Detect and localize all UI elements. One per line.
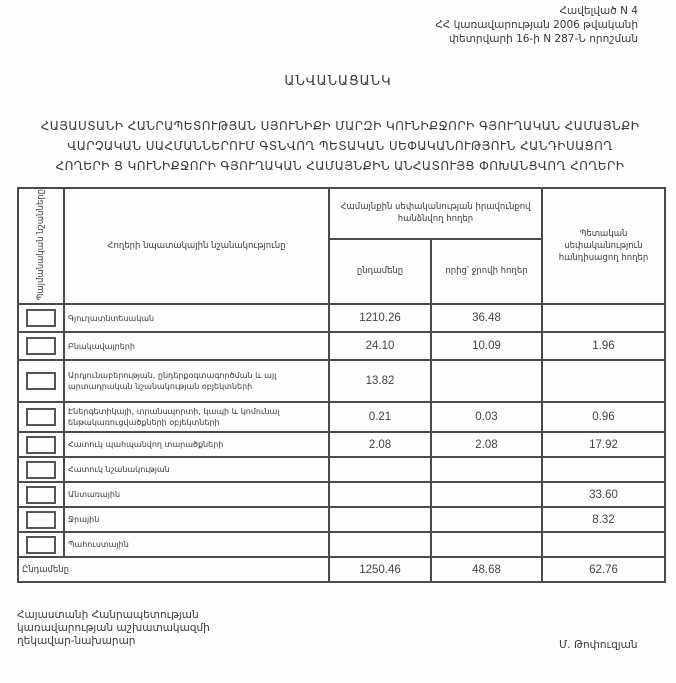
position-line: կառավարության աշխատակազմի: [17, 622, 210, 635]
table-row: Բնակավայրերի24.1010.091.96: [18, 332, 665, 360]
value-a1: [329, 482, 431, 507]
position-line: Հայաստանի Հանրապետության: [17, 609, 210, 622]
subtitle-line: ՎԱՐՉԱԿԱՆ ՍԱՀՄԱՆՆԵՐՈՒՄ ԳՏՆՎՈՂ ՊԵՏԱԿԱՆ ՍԵՓ…: [20, 136, 660, 156]
land-category: Հատուկ պահպանվող տարածքների: [64, 432, 329, 457]
land-table: Պայմանական նշանները Հողերի նպատակային նշ…: [17, 187, 666, 583]
table-row: Հատուկ պահպանվող տարածքների2.082.0817.92: [18, 432, 665, 457]
legend-box-icon: [26, 436, 56, 454]
table-row: Անտառային33.60: [18, 482, 665, 507]
header-code: Պայմանական նշանները: [18, 188, 64, 304]
header-name: Հողերի նպատակային նշանակությունը: [64, 188, 329, 304]
value-b: 17.92: [542, 432, 665, 457]
value-a2: 10.09: [431, 332, 542, 360]
value-a2: [431, 482, 542, 507]
land-category: Բնակավայրերի: [64, 332, 329, 360]
total-row: Ընդամենը 1250.46 48.68 62.76: [18, 557, 665, 582]
value-a2: [431, 507, 542, 532]
header-col-b: Պետական սեփականություն հանդիսացող հողեր: [542, 188, 665, 304]
value-a2: [431, 360, 542, 402]
annex-decision: ՀՀ կառավարության 2006 թվականի: [435, 18, 638, 32]
value-a2: 0.03: [431, 402, 542, 432]
legend-symbol: [18, 507, 64, 532]
table-row: Ջրային8.32: [18, 507, 665, 532]
total-b: 62.76: [542, 557, 665, 582]
total-label: Ընդամենը: [18, 557, 329, 582]
land-category: Ջրային: [64, 507, 329, 532]
legend-symbol: [18, 332, 64, 360]
value-a1: 0.21: [329, 402, 431, 432]
total-a1: 1250.46: [329, 557, 431, 582]
annex-number: Հավելված N 4: [435, 4, 638, 18]
value-a1: [329, 507, 431, 532]
legend-symbol: [18, 532, 64, 557]
value-b: 8.32: [542, 507, 665, 532]
land-category: Հատուկ նշանակության: [64, 457, 329, 482]
legend-symbol: [18, 402, 64, 432]
value-a1: 24.10: [329, 332, 431, 360]
value-a2: [431, 532, 542, 557]
table-row: Գյուղատնտեսական1210.2636.48: [18, 304, 665, 332]
legend-box-icon: [26, 372, 56, 390]
legend-box-icon: [26, 461, 56, 479]
table-row: Պահուստային: [18, 532, 665, 557]
table-row: Հատուկ նշանակության: [18, 457, 665, 482]
value-b: 1.96: [542, 332, 665, 360]
value-b: [542, 457, 665, 482]
legend-box-icon: [26, 309, 56, 327]
legend-box-icon: [26, 511, 56, 529]
land-category: Պահուստային: [64, 532, 329, 557]
value-a1: 2.08: [329, 432, 431, 457]
value-a1: [329, 457, 431, 482]
value-b: [542, 532, 665, 557]
legend-symbol: [18, 482, 64, 507]
header-col-a1: ընդամենը: [329, 239, 431, 305]
land-category: Էներգետիկայի, տրանսպորտի, կապի և կոմունա…: [64, 402, 329, 432]
subtitle-line: ՀՈՂԵՐԻ Ց ԿՈՒՆԻՔՋՈՐԻ ԳՅՈՒՂԱԿԱՆ ՀԱՄԱՅՆՔԻՆ …: [20, 156, 660, 176]
value-b: 0.96: [542, 402, 665, 432]
land-category: Արդյունաբերության, ընդերքօգտագործման և ա…: [64, 360, 329, 402]
header-group-a: Համայնքին սեփականության իրավունքով հանձն…: [329, 188, 542, 239]
value-a1: [329, 532, 431, 557]
value-a2: 2.08: [431, 432, 542, 457]
legend-symbol: [18, 457, 64, 482]
legend-symbol: [18, 360, 64, 402]
legend-box-icon: [26, 408, 56, 426]
value-a1: 1210.26: [329, 304, 431, 332]
value-b: [542, 360, 665, 402]
land-category: Գյուղատնտեսական: [64, 304, 329, 332]
table-row: Էներգետիկայի, տրանսպորտի, կապի և կոմունա…: [18, 402, 665, 432]
value-a2: [431, 457, 542, 482]
annex-reference: Հավելված N 4 ՀՀ կառավարության 2006 թվակա…: [435, 4, 638, 46]
legend-symbol: [18, 304, 64, 332]
table-row: Արդյունաբերության, ընդերքօգտագործման և ա…: [18, 360, 665, 402]
value-b: [542, 304, 665, 332]
value-b: 33.60: [542, 482, 665, 507]
legend-symbol: [18, 432, 64, 457]
header-col-a2: որից՝ ջրովի հողեր: [431, 239, 542, 305]
total-a2: 48.68: [431, 557, 542, 582]
document-title: ԱՆՎԱՆԱՑԱՆԿ: [0, 74, 676, 89]
legend-box-icon: [26, 536, 56, 554]
value-a2: 36.48: [431, 304, 542, 332]
position-line: ղեկավար-նախարար: [17, 635, 210, 648]
legend-box-icon: [26, 337, 56, 355]
annex-date: փետրվարի 16-ի N 287-Ն որոշման: [435, 32, 638, 46]
legend-box-icon: [26, 486, 56, 504]
signatory-name: Մ. Թոփուզյան: [559, 639, 638, 651]
value-a1: 13.82: [329, 360, 431, 402]
signatory-position: Հայաստանի Հանրապետության կառավարության ա…: [17, 609, 210, 648]
subtitle-line: ՀԱՅԱՍՏԱՆԻ ՀԱՆՐԱՊԵՏՈՒԹՅԱՆ ՍՅՈՒՆԻՔԻ ՄԱՐԶԻ …: [20, 116, 660, 136]
land-category: Անտառային: [64, 482, 329, 507]
document-subtitle: ՀԱՅԱՍՏԱՆԻ ՀԱՆՐԱՊԵՏՈՒԹՅԱՆ ՍՅՈՒՆԻՔԻ ՄԱՐԶԻ …: [20, 116, 660, 176]
